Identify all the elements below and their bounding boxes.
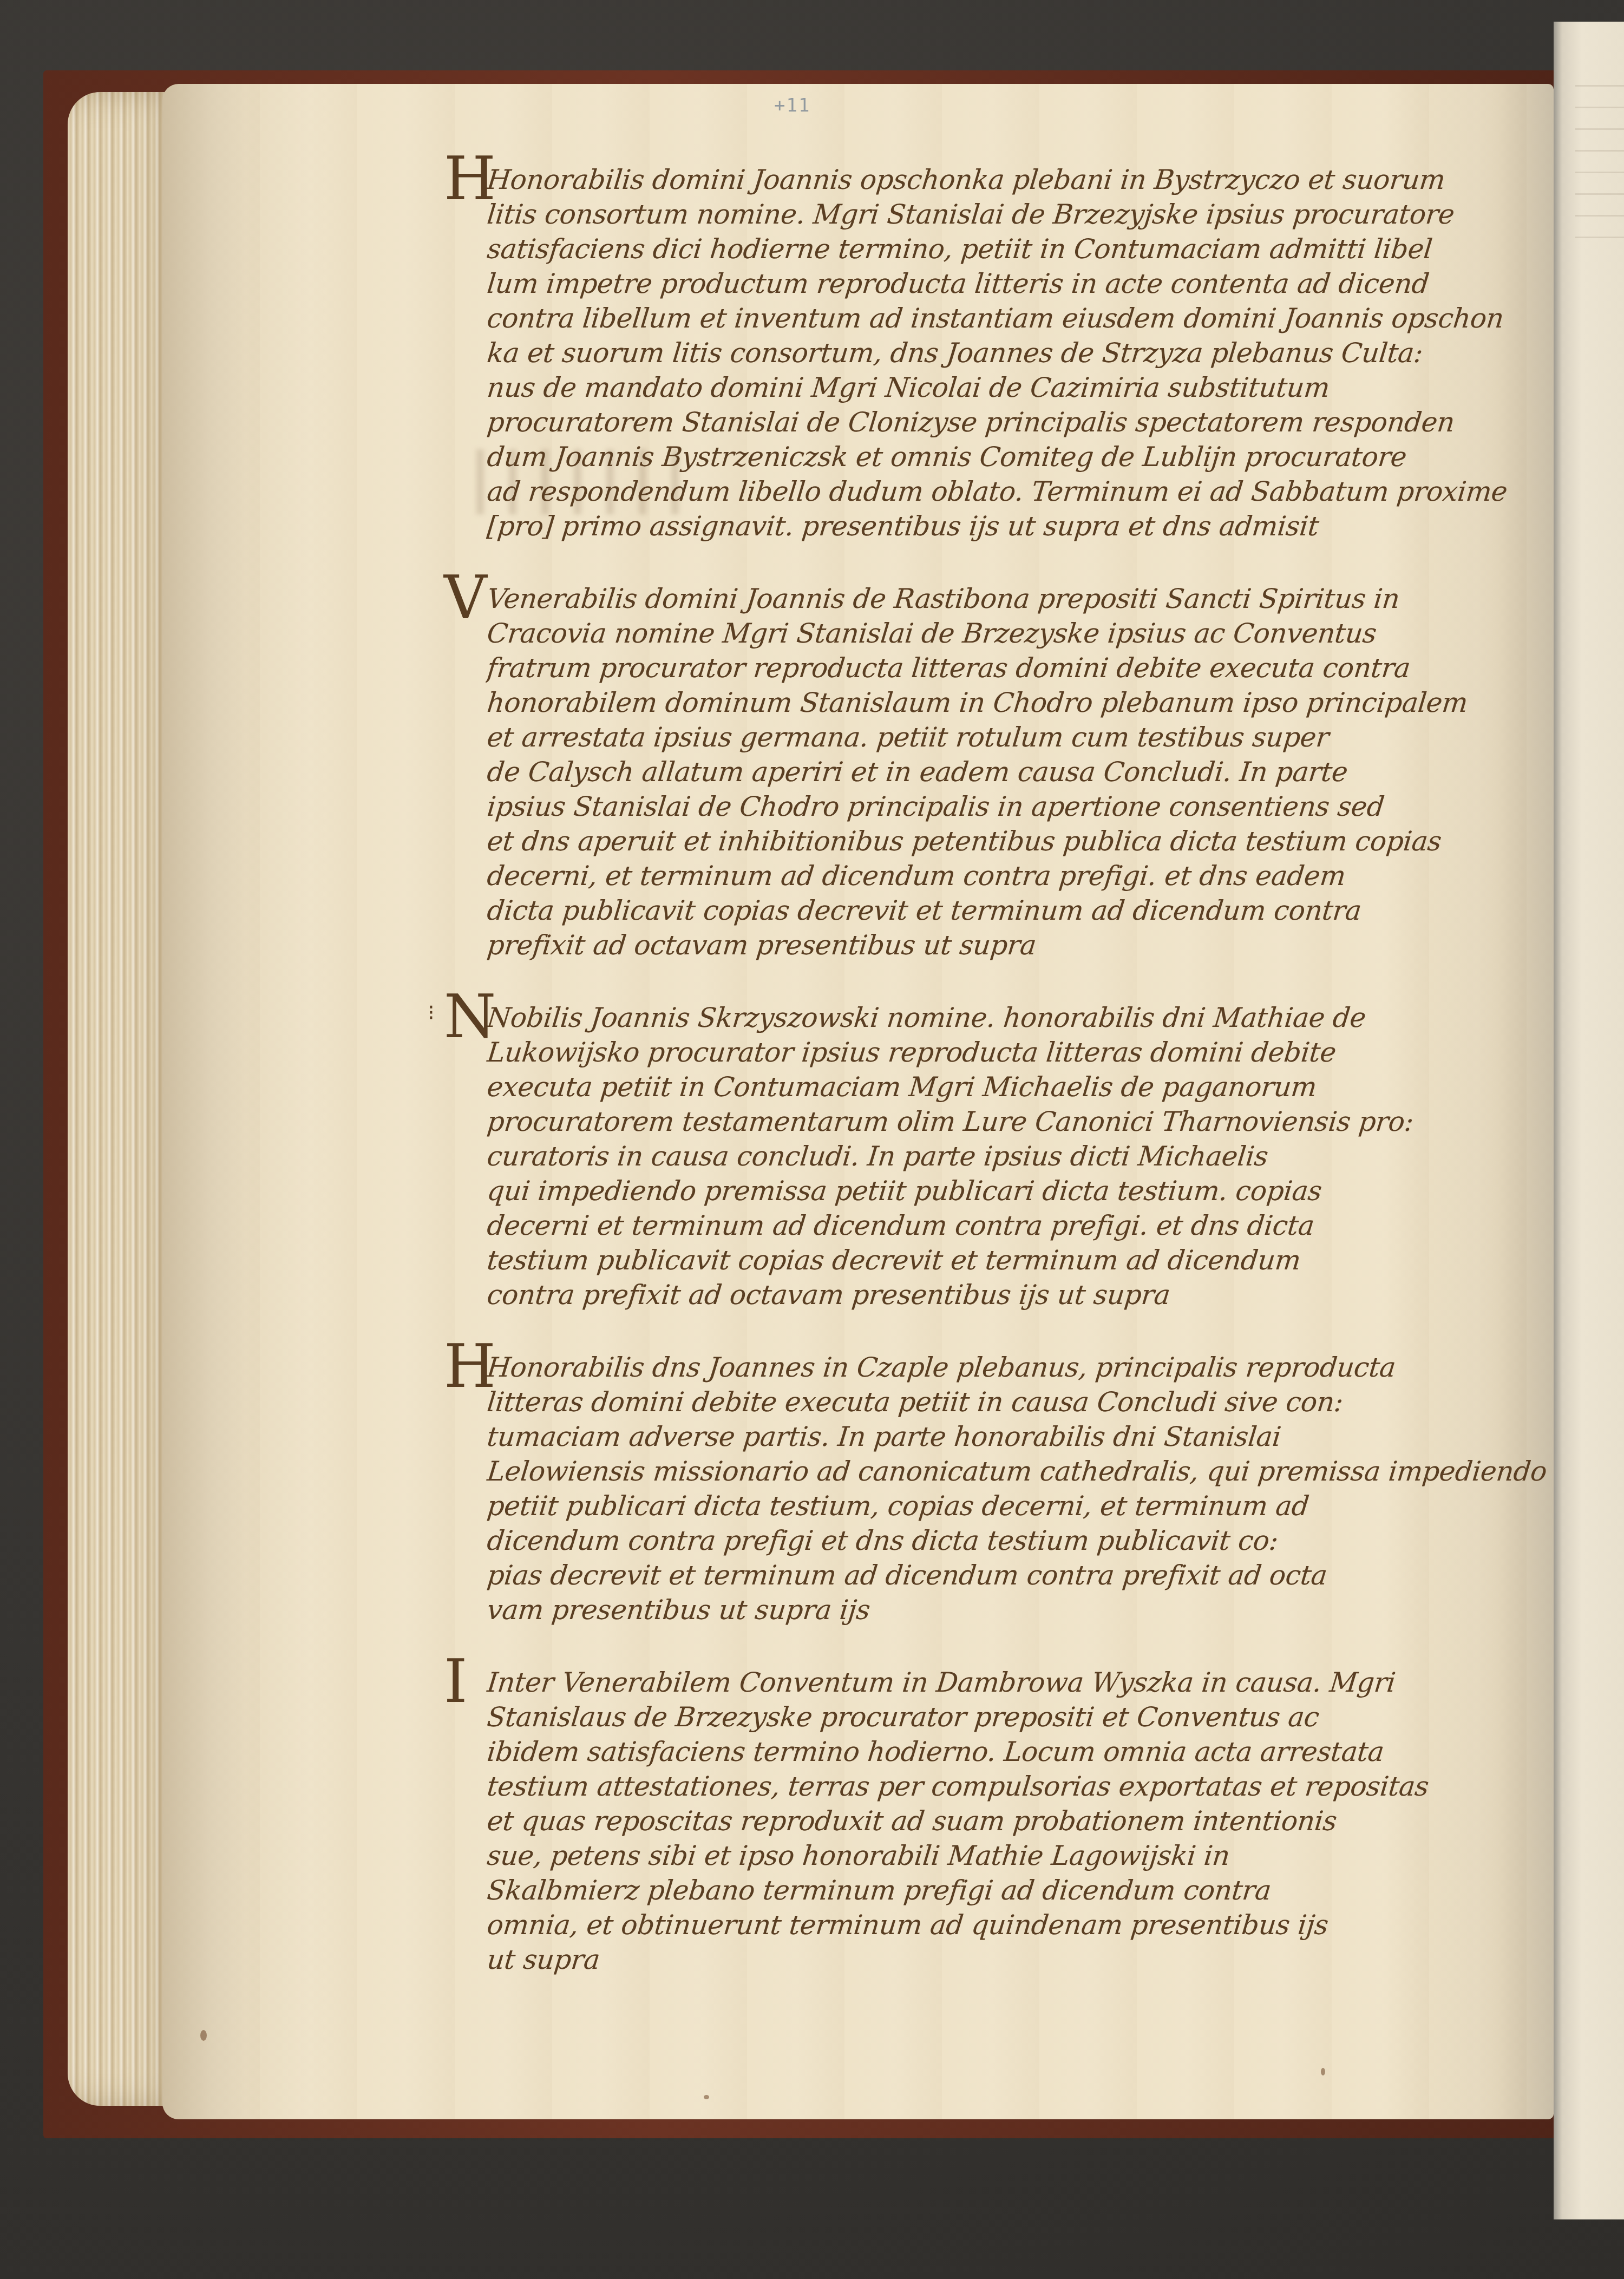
entry-4: H Honorabilis dns Joannes in Czaple pleb… [487,1350,1548,1627]
manuscript-text: H Honorabilis domini Joannis opschonka p… [487,162,1548,2015]
text-line: litteras domini debite executa petiit in… [486,1385,1550,1419]
paper-spot [1321,2068,1325,2075]
text-line: Lukowijsko procurator ipsius reproducta … [486,1035,1550,1070]
text-line: tumaciam adverse partis. In parte honora… [486,1419,1550,1454]
text-line: ibidem satisfaciens termino hodierno. Lo… [486,1734,1550,1769]
text-line: Inter Venerabilem Conventum in Dambrowa … [486,1665,1550,1700]
text-line: ka et suorum litis consortum, dns Joanne… [486,336,1550,370]
text-line: testium attestationes, terras per compul… [486,1769,1550,1804]
text-line: prefixit ad octavam presentibus ut supra [486,928,1550,962]
text-line: qui impediendo premissa petiit publicari… [486,1174,1550,1208]
text-line: petiit publicari dicta testium, copias d… [486,1489,1550,1523]
text-line: contra prefixit ad octavam presentibus i… [486,1278,1550,1312]
initial-letter: V [444,571,487,625]
text-line: ut supra [486,1942,1550,1977]
text-line: Venerabilis domini Joannis de Rastibona … [486,581,1550,616]
text-line: fratrum procurator reproducta litteras d… [486,651,1550,685]
text-line: lum impetre productum reproducta litteri… [486,266,1550,301]
text-line: Honorabilis domini Joannis opschonka ple… [486,162,1550,197]
entry-5: I Inter Venerabilem Conventum in Dambrow… [487,1665,1548,1977]
text-line: dicta publicavit copias decrevit et term… [486,893,1550,928]
text-line: decerni et terminum ad dicendum contra p… [486,1208,1550,1243]
initial-letter: I [444,1654,467,1708]
text-line: et arrestata ipsius germana. petiit rotu… [486,720,1550,755]
text-line: [pro] primo assignavit. presentibus ijs … [486,509,1550,543]
entry-1: H Honorabilis domini Joannis opschonka p… [487,162,1548,543]
text-line: Stanislaus de Brzezyske procurator prepo… [486,1700,1550,1734]
text-line: ad respondendum libello dudum oblato. Te… [486,474,1550,509]
text-line: dum Joannis Bystrzeniczsk et omnis Comit… [486,440,1550,474]
text-line: vam presentibus ut supra ijs [486,1593,1550,1627]
text-line: omnia, et obtinuerunt terminum ad quinde… [486,1908,1550,1942]
text-line: sue, petens sibi et ipso honorabili Math… [486,1838,1550,1873]
text-line: Lelowiensis missionario ad canonicatum c… [486,1454,1550,1489]
text-line: honorabilem dominum Stanislaum in Chodro… [486,685,1550,720]
text-line: pias decrevit et terminum ad dicendum co… [486,1558,1550,1593]
text-line: dicendum contra prefigi et dns dicta tes… [486,1523,1550,1558]
text-line: procuratorem testamentarum olim Lure Can… [486,1104,1550,1139]
margin-dot-mark: ⁝ [428,1000,435,1025]
text-line: satisfaciens dici hodierne termino, peti… [486,232,1550,266]
text-line: de Calysch allatum aperiri et in eadem c… [486,755,1550,789]
paper-spot [200,2030,207,2041]
entry-3: ⁝ N Nobilis Joannis Skrzyszowski nomine.… [487,1000,1548,1312]
text-line: ipsius Stanislai de Chodro principalis i… [486,789,1550,824]
text-line: Skalbmierz plebano terminum prefigi ad d… [486,1873,1550,1908]
text-line: et dns aperuit et inhibitionibus petenti… [486,824,1550,859]
text-line: testium publicavit copias decrevit et te… [486,1243,1550,1278]
text-line: Honorabilis dns Joannes in Czaple pleban… [486,1350,1550,1385]
text-line: procuratorem Stanislai de Clonizyse prin… [486,405,1550,440]
text-line: litis consortum nomine. Mgri Stanislai d… [486,197,1550,232]
entry-2: V Venerabilis domini Joannis de Rastibon… [487,581,1548,962]
facing-page [1554,22,1624,2219]
folio-mark: +11 [774,95,810,116]
text-line: Cracovia nomine Mgri Stanislai de Brzezy… [486,616,1550,651]
text-line: et quas reposcitas reproduxit ad suam pr… [486,1804,1550,1838]
text-line: nus de mandato domini Mgri Nicolai de Ca… [486,370,1550,405]
text-line: Nobilis Joannis Skrzyszowski nomine. hon… [486,1000,1550,1035]
text-line: decerni, et terminum ad dicendum contra … [486,859,1550,893]
text-line: executa petiit in Contumaciam Mgri Micha… [486,1070,1550,1104]
text-line: curatoris in causa concludi. In parte ip… [486,1139,1550,1174]
paper-spot [704,2095,709,2099]
text-line: contra libellum et inventum ad instantia… [486,301,1550,336]
ink-bleed-through [1575,76,1624,238]
